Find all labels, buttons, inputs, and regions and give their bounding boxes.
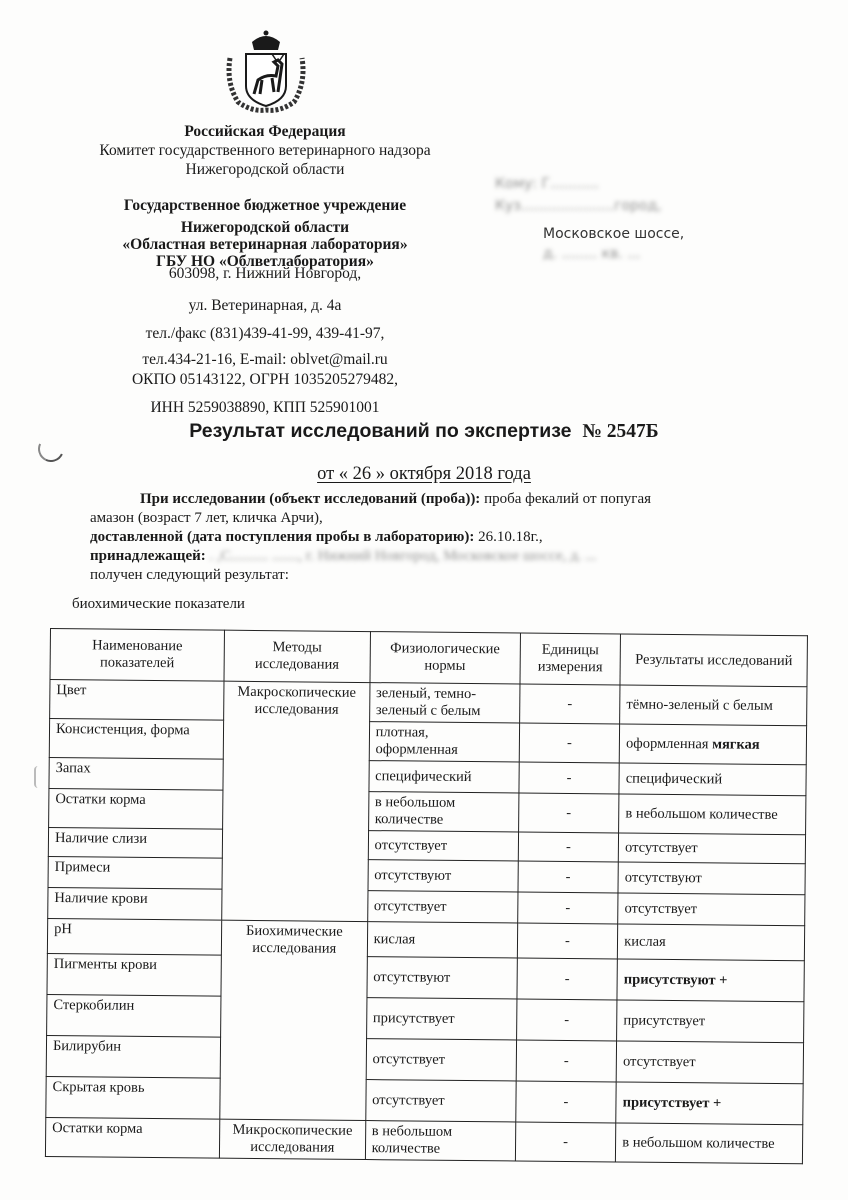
result-cell: кислая xyxy=(618,924,805,961)
result-cell: тёмно-зеленый с белым xyxy=(620,685,807,726)
result-cell: отсутствуют xyxy=(618,862,805,895)
unit-cell: - xyxy=(517,958,618,1000)
recipient-line: Московское шоссе, xyxy=(495,226,715,246)
sample-value-cont: амазон (возраст 7 лет, кличка Арчи), xyxy=(90,509,750,528)
result-text: кислая xyxy=(624,933,666,949)
document-title: Результат исследований по экспертизе № 2… xyxy=(0,420,848,443)
indicator-name: Билирубин xyxy=(46,1035,220,1078)
unit-cell: - xyxy=(516,999,617,1041)
document-date: от « 26 » октября 2018 года xyxy=(0,464,848,485)
result-intro: получен следующий результат: xyxy=(90,566,750,585)
header-norm: Физиологические нормы xyxy=(370,632,521,684)
unit-cell: - xyxy=(519,684,620,724)
section-title: биохимические показатели xyxy=(72,596,245,613)
date-text: от « 26 » октября 2018 года xyxy=(317,464,531,484)
result-text: в небольшом количестве xyxy=(625,805,777,822)
institution-line: Нижегородской области xyxy=(80,219,450,236)
scan-artifact xyxy=(34,766,44,788)
unit-cell: - xyxy=(518,861,619,893)
result-highlight: мягкая xyxy=(712,736,760,752)
delivery-date-value: 26.10.18г., xyxy=(474,529,542,545)
committee-name: Комитет государственного ветеринарного н… xyxy=(80,141,450,160)
indicator-name: Остатки корма xyxy=(49,788,223,829)
indicator-name: Запах xyxy=(49,757,223,790)
norm-cell: в небольшом количестве xyxy=(365,1121,516,1161)
phone-line: тел./факс (831)439-41-99, 439-41-97, xyxy=(80,322,450,346)
address-line: 603098, г. Нижний Новгород, xyxy=(80,262,450,286)
norm-cell: присутствует xyxy=(366,998,517,1040)
coat-of-arms-icon xyxy=(222,28,310,114)
table-row: Скрытая кровьотсутствует-присутствует + xyxy=(46,1076,803,1124)
result-cell: в небольшом количестве xyxy=(619,794,806,835)
norm-cell: в небольшом количестве xyxy=(368,792,519,832)
document-number: № 2547Б xyxy=(582,421,658,442)
recipient-line: Кому: Г........... xyxy=(495,176,715,198)
header-indicator: Наименование показателей xyxy=(50,629,224,682)
results-table: Наименование показателей Методы исследов… xyxy=(45,628,808,1164)
result-cell: отсутствует xyxy=(616,1041,803,1084)
method-cell: Биохимические исследования xyxy=(220,920,368,1120)
norm-cell: зеленый, темно-зеленый с белым xyxy=(369,683,520,723)
result-text: отсутствует xyxy=(624,900,697,917)
recipient-address: Кому: Г........... Куз..................… xyxy=(495,176,715,262)
header-unit: Единицы измерения xyxy=(520,633,621,685)
institution-line: Государственное бюджетное учреждение xyxy=(80,196,450,215)
delivery-date-label: доставленной (дата поступления пробы в л… xyxy=(90,529,474,545)
unit-cell: - xyxy=(519,723,620,763)
sample-description: При исследовании (объект исследований (п… xyxy=(90,490,750,585)
indicator-name: Наличие слизи xyxy=(48,827,222,858)
unit-cell: - xyxy=(516,1040,617,1082)
owner-value: . ,С.......... ......., г. Нижний Новгор… xyxy=(206,548,597,564)
indicator-name: Наличие крови xyxy=(48,887,222,920)
result-text: специфический xyxy=(626,770,723,787)
table-row: Билирубинотсутствует-отсутствует xyxy=(46,1035,803,1083)
table-row: Пигменты кровиотсутствуют-присутствуют + xyxy=(47,953,804,1001)
result-text: оформленная xyxy=(626,735,712,752)
unit-cell: - xyxy=(515,1122,616,1162)
header-result: Результаты исследований xyxy=(620,634,807,687)
result-cell: отсутствует xyxy=(618,833,805,864)
norm-cell: отсутствует xyxy=(365,1080,516,1122)
norm-cell: кислая xyxy=(367,922,518,958)
phone-email-line: тел.434-21-16, E-mail: oblvet@mail.ru xyxy=(80,350,450,370)
indicator-name: Остатки корма xyxy=(45,1117,219,1158)
method-cell: Макроскопические исследования xyxy=(222,681,370,921)
institution-contacts: 603098, г. Нижний Новгород, ул. Ветерина… xyxy=(80,262,450,420)
table-row: Стеркобилинприсутствует-присутствует xyxy=(47,994,804,1042)
norm-cell: отсутствуют xyxy=(368,860,518,892)
unit-cell: - xyxy=(518,793,619,833)
result-cell: оформленная мягкая xyxy=(619,724,806,765)
table-header-row: Наименование показателей Методы исследов… xyxy=(50,629,807,687)
result-text: в небольшом количестве xyxy=(622,1134,774,1151)
norm-cell: отсутствует xyxy=(368,831,518,861)
indicator-name: Стеркобилин xyxy=(47,994,221,1037)
table-row: Остатки кормаМикроскопические исследован… xyxy=(45,1117,802,1163)
unit-cell: - xyxy=(518,892,619,924)
result-highlight: присутствуют + xyxy=(624,971,728,988)
result-text: отсутствует xyxy=(625,839,698,856)
codes-line: ОКПО 05143122, ОГРН 1035205279482, xyxy=(80,370,450,390)
norm-cell: отсутствует xyxy=(366,1039,517,1081)
method-cell: Микроскопические исследования xyxy=(219,1119,365,1159)
committee-region: Нижегородской области xyxy=(80,160,450,179)
result-cell: в небольшом количестве xyxy=(616,1123,803,1164)
country-name: Российская Федерация xyxy=(80,122,450,141)
sample-label: При исследовании (объект исследований (п… xyxy=(140,491,480,507)
result-cell: присутствуют + xyxy=(617,959,804,1002)
norm-cell: плотная, оформленная xyxy=(369,722,520,762)
norm-cell: отсутствуют xyxy=(367,957,518,999)
result-text: тёмно-зеленый с белым xyxy=(626,696,773,713)
indicator-name: Цвет xyxy=(50,680,224,721)
result-text: отсутствует xyxy=(623,1053,696,1070)
header-method: Методы исследования xyxy=(224,630,370,682)
result-text: отсутствуют xyxy=(625,869,702,886)
indicator-name: Консистенция, форма xyxy=(49,719,223,760)
norm-cell: специфический xyxy=(369,761,519,793)
sample-value: проба фекалий от попугая xyxy=(480,491,651,507)
result-cell: присутствует xyxy=(617,1000,804,1043)
result-text: присутствует xyxy=(623,1012,705,1029)
indicator-name: Скрытая кровь xyxy=(46,1076,220,1119)
indicator-name: Примеси xyxy=(48,856,222,889)
issuer-authority: Российская Федерация Комитет государстве… xyxy=(80,122,450,179)
norm-cell: отсутствует xyxy=(367,891,517,923)
result-cell: специфический xyxy=(619,763,806,796)
unit-cell: - xyxy=(517,923,618,959)
result-cell: присутствует + xyxy=(616,1082,803,1125)
unit-cell: - xyxy=(519,762,620,794)
result-highlight: присутствует + xyxy=(623,1094,722,1111)
indicator-name: Пигменты крови xyxy=(47,953,221,996)
result-cell: отсутствует xyxy=(618,893,805,926)
address-line: ул. Ветеринарная, д. 4а xyxy=(80,294,450,318)
recipient-line: Куз.....................город, xyxy=(495,198,715,226)
title-text: Результат исследований по экспертизе xyxy=(189,420,571,442)
recipient-line: д. ........ кв. ... xyxy=(495,246,715,262)
indicator-name: pH xyxy=(47,918,221,955)
institution-line: «Областная ветеринарная лаборатория» xyxy=(80,236,450,253)
unit-cell: - xyxy=(516,1081,617,1123)
unit-cell: - xyxy=(518,832,619,862)
institution-name: Государственное бюджетное учреждение Ниж… xyxy=(80,196,450,270)
codes-line: ИНН 5259038890, КПП 525901001 xyxy=(80,396,450,420)
owner-label: принадлежащей: xyxy=(90,548,206,564)
